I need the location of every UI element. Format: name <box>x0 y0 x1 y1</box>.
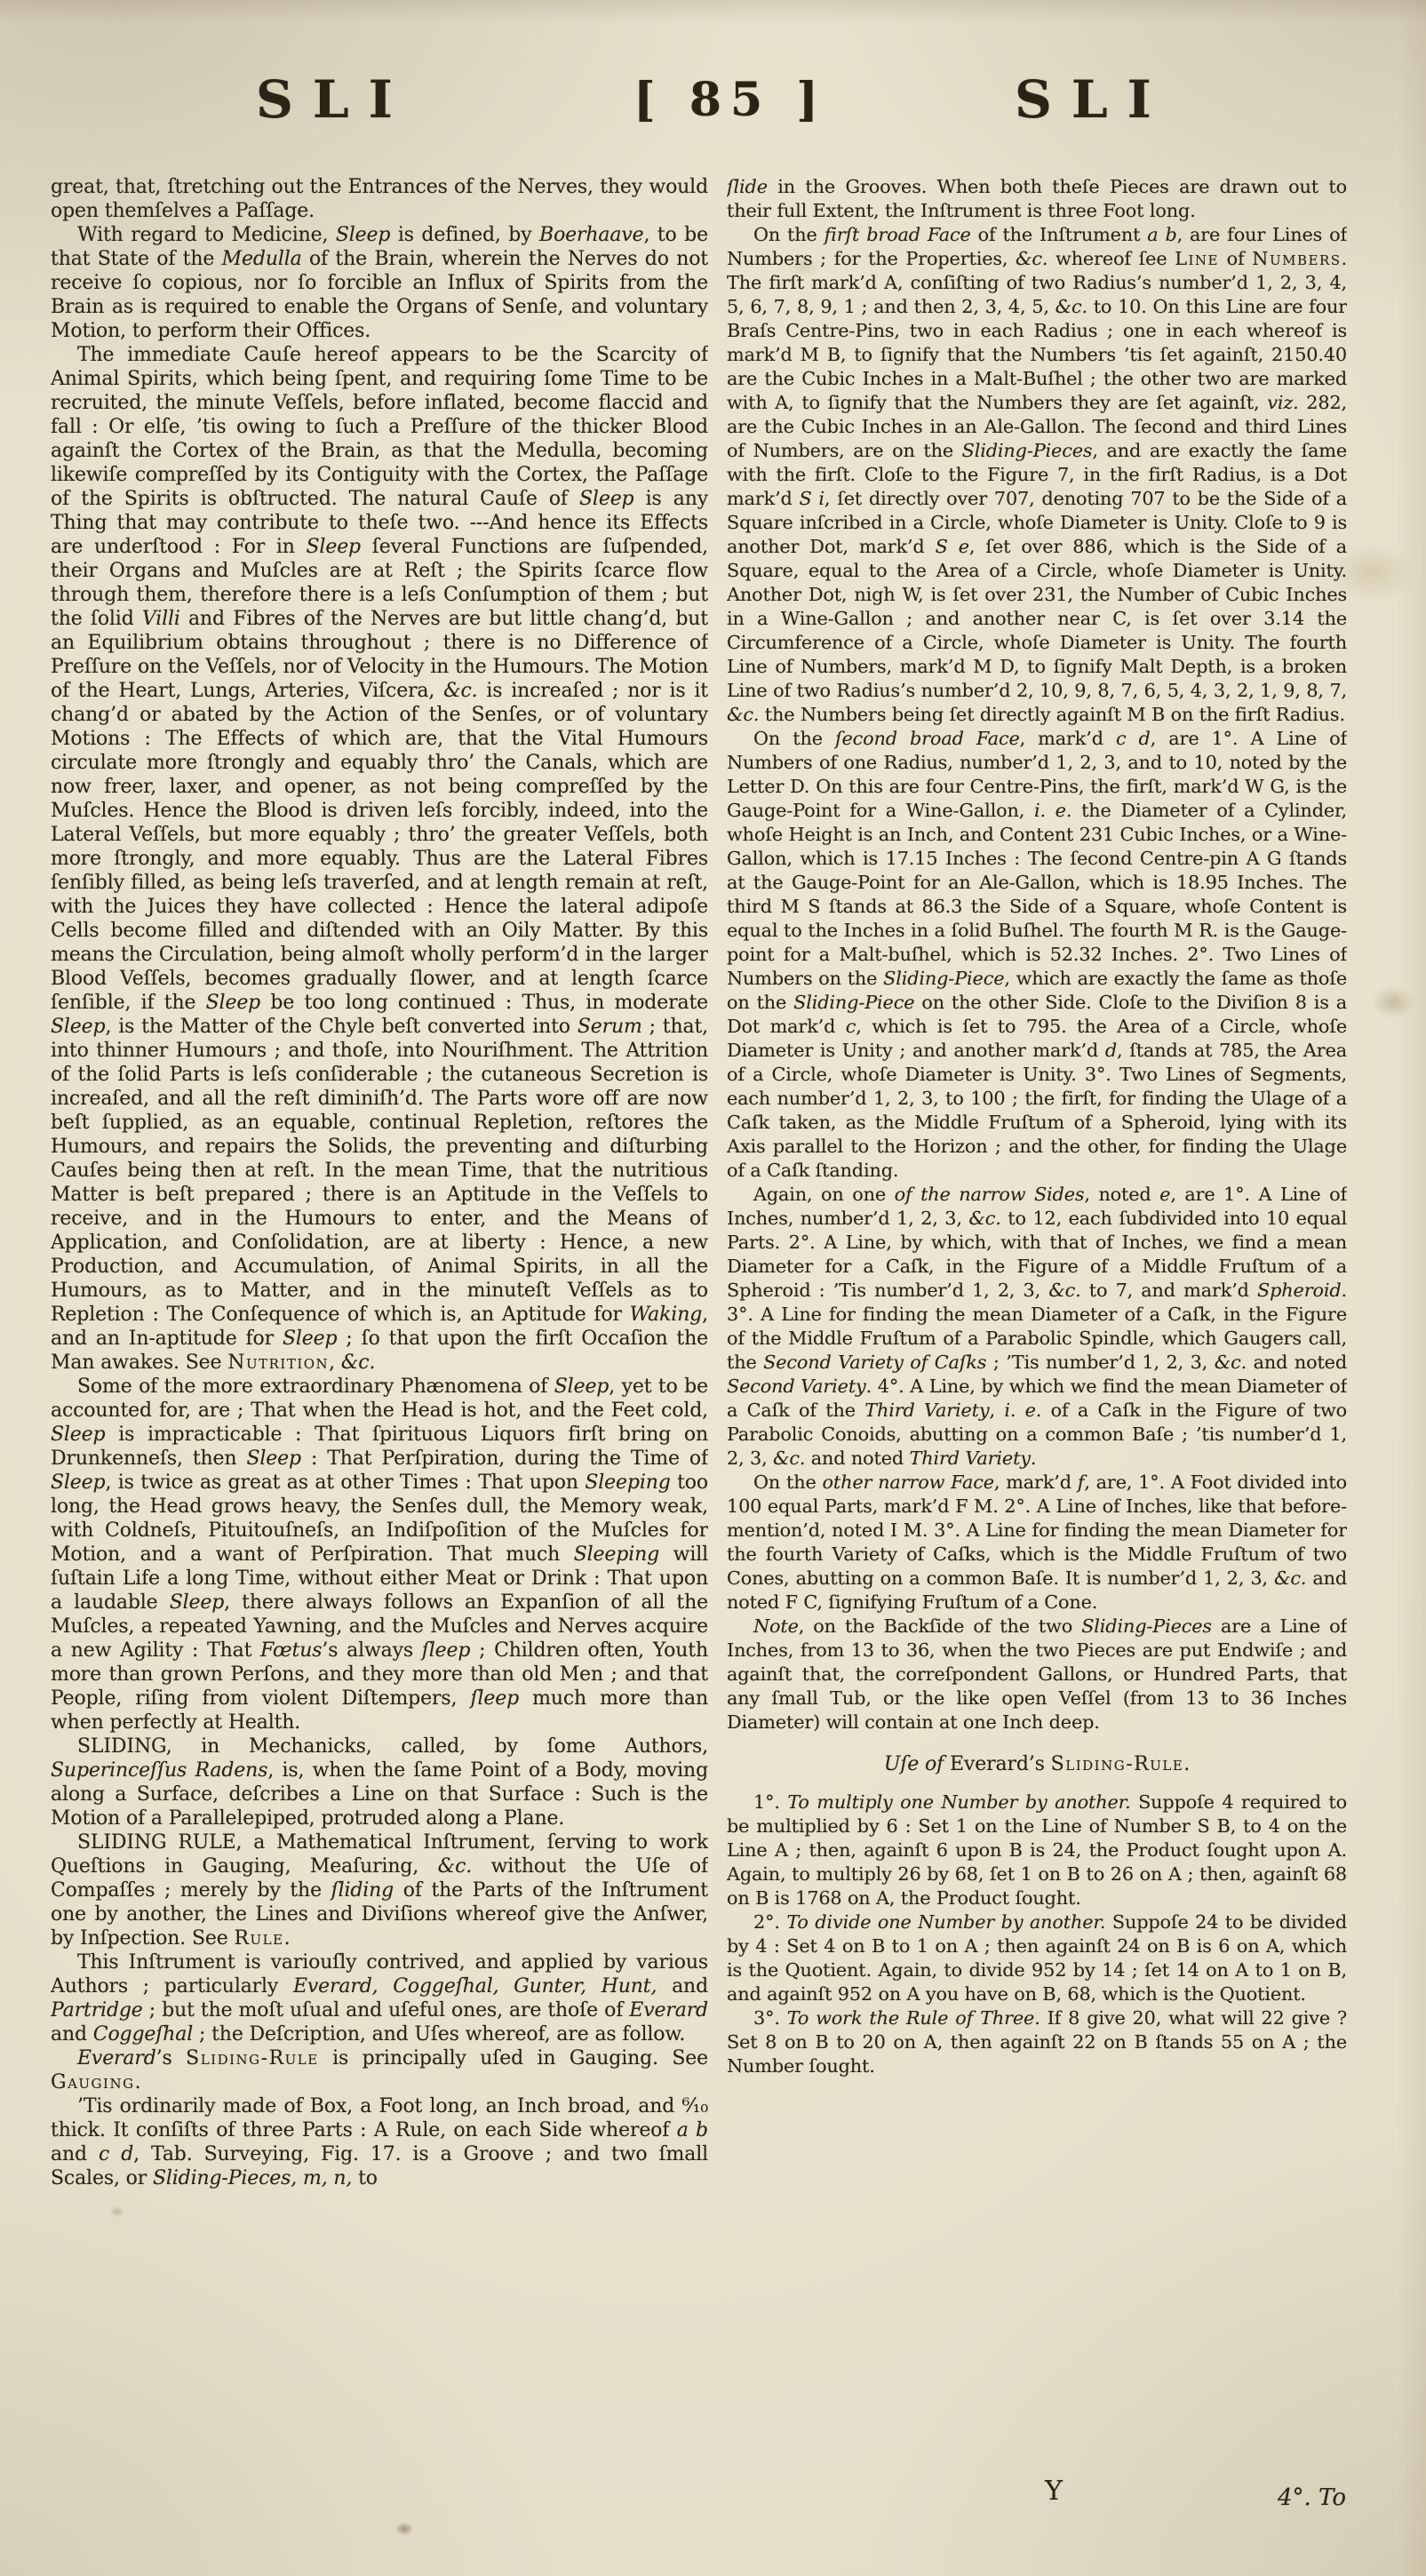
paragraph: ſlide in the Grooves. When both theſe Pi… <box>727 175 1347 223</box>
paragraph: SLIDING, in Mechanicks, called, by ſome … <box>51 1735 708 1830</box>
paragraph: ’Tis ordinarily made of Box, a Foot long… <box>51 2094 708 2190</box>
paragraph: SLIDING RULE, a Mathematical Inſtrument,… <box>51 1830 708 1950</box>
running-title-left: SLI <box>256 69 412 130</box>
paragraph: great, that, ſtretching out the Entrance… <box>51 175 708 223</box>
catchword: 4°. To <box>1278 2484 1346 2511</box>
running-title-right: SLI <box>1015 69 1171 130</box>
paragraph: On the ſecond broad Face, mark’d c d, ar… <box>727 727 1347 1183</box>
scanned-page: SLI [ 85 ] SLI great, that, ſtretching o… <box>0 0 1426 2576</box>
signature-mark: Y <box>1020 2476 1087 2507</box>
paragraph: Everard’s Sliding-Rule is principally uſ… <box>51 2046 708 2094</box>
paragraph: On the other narrow Face, mark’d f, are,… <box>727 1471 1347 1615</box>
paragraph: 3°. To work the Rule of Three. If 8 give… <box>727 2006 1347 2078</box>
paragraph: With regard to Medicine, Sleep is define… <box>51 223 708 343</box>
left-column: great, that, ſtretching out the Entrance… <box>51 175 708 2556</box>
paragraph: On the firſt broad Face of the Inſtrumen… <box>727 223 1347 727</box>
paragraph: Note, on the Backſide of the two Sliding… <box>727 1615 1347 1735</box>
paragraph: The immediate Cauſe hereof appears to be… <box>51 343 708 1375</box>
paragraph: This Inſtrument is variouſly contrived, … <box>51 1950 708 2046</box>
paragraph: Some of the more extraordinary Phænomena… <box>51 1375 708 1735</box>
section-heading: Uſe of Everard’s Sliding-Rule. <box>727 1752 1347 1776</box>
right-column: ſlide in the Grooves. When both theſe Pi… <box>727 175 1347 2543</box>
page-number: [ 85 ] <box>633 73 827 127</box>
paragraph: Again, on one of the narrow Sides, noted… <box>727 1183 1347 1471</box>
paragraph: 1°. To multiply one Number by another. S… <box>727 1790 1347 1910</box>
paragraph: 2°. To divide one Number by another. Sup… <box>727 1910 1347 2006</box>
